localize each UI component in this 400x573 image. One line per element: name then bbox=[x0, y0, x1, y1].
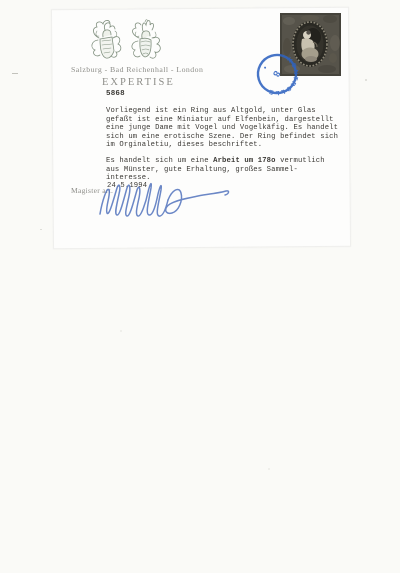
certificate-number: 5868 bbox=[106, 90, 125, 98]
body-line: sich um eine erotische Szene. Der Ring b… bbox=[106, 133, 338, 142]
scanned-expertise-document: Salzburg - Bad Reichenhall - London EXPE… bbox=[0, 0, 400, 573]
handwritten-signature bbox=[94, 174, 234, 220]
body-line: gefaßt ist eine Miniatur auf Elfenbein, … bbox=[106, 116, 338, 125]
body-line: aus Münster, gute Erhaltung, großes Samm… bbox=[106, 166, 325, 175]
attribution-bold: Arbeit um 178o bbox=[213, 157, 276, 165]
body-paragraph-1: Vorliegend ist ein Ring aus Altgold, unt… bbox=[106, 107, 338, 150]
dust-speck bbox=[268, 468, 270, 470]
body-line: Vorliegend ist ein Ring aus Altgold, unt… bbox=[106, 107, 338, 116]
document-title: EXPERTISE bbox=[102, 77, 175, 88]
dust-speck bbox=[365, 79, 367, 81]
kontrolle-stamp-icon: KONTROLLE 8 bbox=[254, 51, 300, 97]
dust-speck bbox=[12, 73, 18, 74]
heraldic-crest-icon bbox=[88, 18, 124, 64]
letterhead-cities: Salzburg - Bad Reichenhall - London bbox=[71, 65, 203, 74]
svg-text:8: 8 bbox=[270, 69, 282, 79]
body-line: eine junge Dame mit Vogel und Vogelkäfig… bbox=[106, 124, 338, 133]
body-line: Es handelt sich um eine Arbeit um 178o v… bbox=[106, 157, 325, 166]
heraldic-crest-icon bbox=[126, 17, 164, 64]
dust-speck bbox=[120, 330, 122, 332]
body-line: im Orginaletiu, dieses beschriftet. bbox=[106, 141, 338, 150]
dust-speck bbox=[40, 229, 42, 230]
